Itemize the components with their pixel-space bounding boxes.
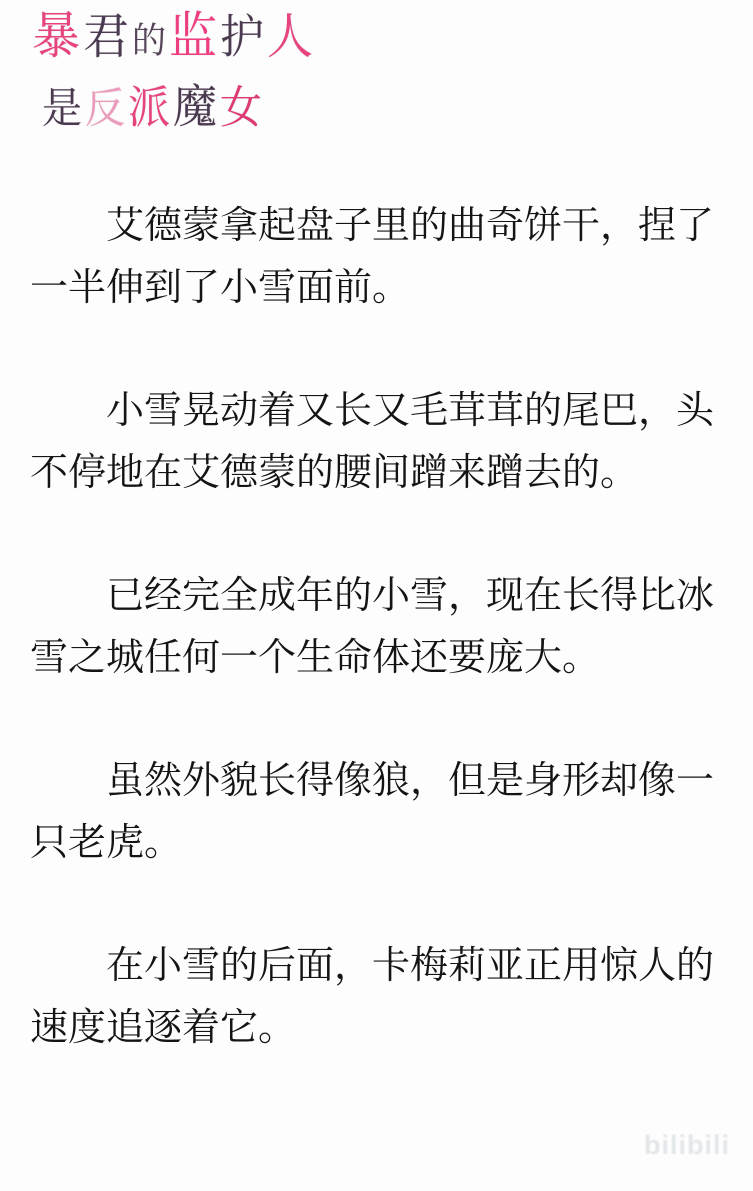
logo-char: 反 [85,79,128,140]
paragraph: 已经完全成年的小雪，现在长得比冰雪之城任何一个生命体还要庞大。 [30,565,725,689]
logo-char: 监 [169,2,220,69]
novel-reader-page: 暴君的监护人 是反派魔女 艾德蒙拿起盘子里的曲奇饼干，捏了一半伸到了小雪面前。小… [0,0,753,1191]
logo-char: 的 [132,7,169,74]
paragraph: 虽然外貌长得像狼，但是身形却像一只老虎。 [30,750,725,874]
logo-char: 魔 [173,78,220,139]
paragraph: 艾德蒙拿起盘子里的曲奇饼干，捏了一半伸到了小雪面前。 [30,195,725,319]
logo-char: 派 [128,78,173,139]
logo-char: 护 [220,4,267,71]
paragraph: 在小雪的后面，卡梅莉亚正用惊人的速度追逐着它。 [30,935,725,1059]
logo-char: 是 [42,79,85,140]
bilibili-watermark: bilibili [644,1130,730,1161]
logo-char: 女 [220,78,265,139]
body-text: 艾德蒙拿起盘子里的曲奇饼干，捏了一半伸到了小雪面前。小雪晃动着又长又毛茸茸的尾巴… [30,195,725,1120]
paragraph: 小雪晃动着又长又毛茸茸的尾巴，头不停地在艾德蒙的腰间蹭来蹭去的。 [30,380,725,504]
logo-char: 暴 [32,2,83,69]
logo-title-line1: 暴君的监护人 [32,4,316,79]
logo-char: 人 [267,2,316,69]
series-logo: 暴君的监护人 是反派魔女 [32,4,316,146]
logo-title-line2: 是反派魔女 [32,79,316,146]
logo-char: 君 [83,2,132,69]
